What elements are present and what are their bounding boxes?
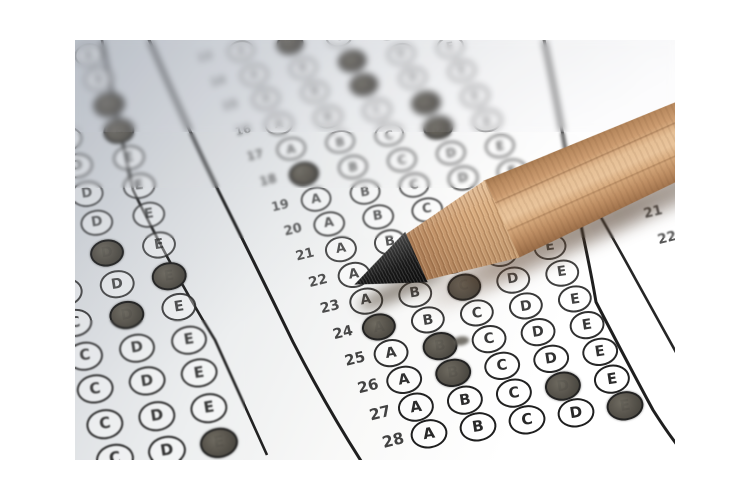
bubble-letter: B [347,160,358,174]
answer-bubble: B [275,40,305,57]
bubble-letter: D [80,187,93,202]
bubble-letter: D [543,351,557,367]
answer-bubble: E [140,229,178,261]
answer-bubble: C [75,275,84,308]
bubble-letter: E [581,318,593,334]
answer-bubble: D [75,151,95,181]
bubble-letter: E [133,179,144,194]
bubble-letter: A [285,142,296,155]
answer-bubble: E [130,200,167,231]
bubble-letter: C [98,415,111,432]
page-background: 13ABCDE14ABCDE15ABCDE16ABCDE17ABCDE18ABC… [0,0,750,500]
answer-bubble: C [84,406,126,441]
answer-bubble: A [311,209,346,239]
answer-bubble: D [88,237,126,269]
answer-bubble: D [75,124,84,153]
answer-bubble: E [150,259,189,292]
answer-bubble: E [179,356,220,391]
bubble-letter: C [520,411,533,428]
answer-bubble: E [471,107,504,135]
answer-bubble: B [348,177,382,206]
bubble-letter: D [432,121,444,135]
answer-bubble: B [324,128,357,156]
answer-bubble: E [82,65,115,93]
answer-bubble: D [409,89,441,116]
answer-bubble: B [287,55,318,81]
answer-bubble: D [397,65,428,92]
bubble-letter: B [285,40,295,50]
question-number: 17 [245,146,264,164]
bubble-letter: E [114,124,125,138]
bubble-letter: E [556,265,567,280]
bubble-letter: B [310,86,321,99]
answer-bubble: E [92,90,126,119]
bubble-letter: D [420,96,432,109]
bubble-letter: C [75,315,81,331]
answer-bubble: E [121,171,157,202]
bubble-letter: D [519,298,533,314]
answer-bubble: B [336,152,370,180]
bubble-letter: C [408,178,419,192]
bubble-letter: E [445,41,454,53]
answer-bubble: D [385,41,416,67]
bubble-letter: C [88,381,101,398]
question-number: 19 [270,195,291,214]
answer-bubble: E [111,143,147,173]
question-number: 26 [355,375,380,398]
answer-bubble: E [159,291,198,324]
bubble-letter: A [397,372,410,388]
bubble-letter: E [494,139,504,153]
answer-bubble: D [98,267,137,300]
bubble-letter: E [569,291,581,306]
bubble-letter: C [108,450,122,460]
bubble-letter: C [470,305,482,320]
question-number: 27 [367,401,392,424]
answer-bubble: C [360,96,392,123]
bubble-letter: E [193,365,205,381]
answer-bubble: A [238,62,269,88]
answer-bubble: A [287,159,321,187]
bubble-letter: C [396,153,407,167]
bubble-letter: B [334,135,345,148]
bubble-letter: B [446,365,459,381]
bubble-letter: D [150,407,165,424]
answer-bubble: C [397,170,431,199]
answer-bubble: B [299,79,330,106]
bubble-letter: A [261,93,272,106]
bubble-letter: D [90,216,103,231]
bubble-letter: E [84,48,94,61]
bubble-letter: C [78,348,91,364]
bubble-letter: E [173,300,185,316]
question-number: 18 [258,171,278,189]
answer-bubble: C [75,372,115,407]
bubble-letter: E [143,208,154,223]
bubble-letter: B [359,185,371,199]
bubble-letter: E [94,73,104,86]
answer-bubble: A [250,86,281,113]
bubble-letter: D [395,48,406,61]
bubble-letter: C [507,384,520,400]
question-number: 20 [282,220,303,239]
question-number: 16 [233,121,252,138]
bubble-letter: E [124,151,135,165]
bubble-letter: D [444,146,456,160]
answer-bubble: C [75,339,105,373]
question-number: 28 [380,428,406,452]
question-number: 14 [209,73,227,89]
answer-bubble: A [275,135,308,163]
bubble-letter: A [323,217,335,231]
bubble-letter: D [110,276,124,292]
bubble-letter: C [359,79,369,92]
answer-bubble: B [311,103,343,130]
question-number: 25 [343,349,367,370]
bubble-letter: E [618,397,631,414]
bubble-letter: B [471,418,485,435]
answer-sheet-photo: 13ABCDE14ABCDE15ABCDE16ABCDE17ABCDE18ABC… [75,40,675,460]
bubble-letter: E [606,370,618,386]
pencil-smudge [453,336,470,347]
answer-bubble: E [434,40,465,60]
answer-bubble: D [117,331,157,365]
bubble-letter: A [248,69,258,82]
bubble-letter: E [183,332,195,348]
answer-bubble: C [348,72,379,99]
bubble-letter: A [409,398,423,414]
question-number: 13 [196,49,213,64]
answer-bubble: A [299,184,333,213]
answer-bubble: D [78,208,115,239]
bubble-letter: E [470,89,480,102]
bubble-letter: D [159,442,174,459]
bubble-letter: D [120,307,134,323]
bubble-letter: A [310,192,322,206]
answer-bubble: A [226,40,256,64]
answer-bubble: E [543,257,580,289]
bubble-letter: C [371,103,381,116]
answer-bubble: D [127,364,168,399]
answer-bubble: C [324,40,354,50]
answer-bubble: E [75,41,105,69]
bubble-letter: D [130,340,144,356]
answer-bubble: C [75,307,95,340]
bubble-letter: C [334,40,344,43]
answer-bubble: D [75,179,105,210]
bubble-letter: D [556,377,570,394]
bubble-letter: E [593,344,605,360]
bubble-letter: A [236,45,246,57]
question-number: 24 [331,323,354,343]
bubble-letter: C [347,55,357,67]
bubble-letter: B [458,391,472,407]
bubble-letter: C [495,358,508,374]
answer-bubble: D [136,398,178,433]
answer-bubble: C [385,145,419,173]
bubble-letter: A [384,345,397,361]
bubble-letter: D [531,324,545,340]
question-number: 15 [221,97,239,113]
bubble-letter: E [163,268,175,284]
bubble-letter: B [297,62,307,74]
answer-bubble: D [434,138,468,166]
bubble-letter: E [213,435,226,452]
bubble-letter: D [100,245,114,261]
bubble-letter: D [457,171,469,185]
answer-bubble: E [458,82,490,109]
bubble-letter: A [273,117,284,130]
bubble-letter: C [483,332,496,348]
bubble-letter: D [568,404,583,421]
bubble-letter: E [153,237,165,252]
bubble-letter: B [322,110,333,123]
answer-bubble: C [373,121,406,149]
question-number-right-column: 22 [656,228,675,248]
bubble-letter: B [433,338,446,354]
bubble-letter: C [384,128,395,141]
bubble-letter: A [298,167,309,181]
bubble-letter: E [203,399,216,416]
bubble-letter: D [407,72,418,85]
answer-bubble: C [336,48,367,74]
answer-bubble: E [169,323,209,357]
bubble-letter: D [75,159,83,174]
question-number: 22 [306,271,328,291]
bubble-letter: E [104,98,114,112]
answer-bubble: C [94,441,136,460]
question-number: 23 [319,297,342,317]
bubble-letter: E [457,65,467,78]
answer-bubble: A [262,110,294,137]
bubble-letter: A [422,425,436,442]
answer-bubble: E [198,425,240,460]
answer-bubble: E [483,131,517,159]
answer-bubble: E [188,390,230,425]
answer-bubble: E [446,58,477,85]
answer-bubble: D [422,114,455,142]
answer-bubble: D [107,299,146,332]
answer-bubble: E [102,116,137,145]
answer-bubble: D [146,433,188,460]
question-number: 21 [294,246,316,265]
bubble-letter: E [482,114,492,127]
bubble-letter: D [140,373,155,390]
